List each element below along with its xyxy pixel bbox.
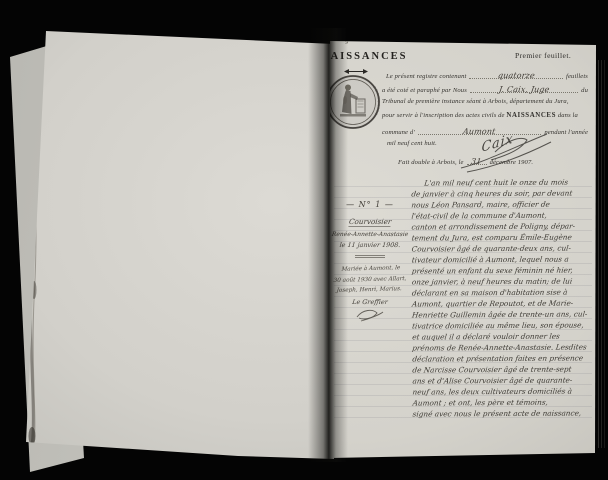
page-stack-edge: [604, 60, 605, 448]
printed-text: Fait double à Arbois, le: [398, 159, 464, 166]
margin-surname: Courvoisier: [348, 217, 391, 227]
marriage-mention-line3: Joseph, Henri, Marius.: [325, 284, 414, 297]
preamble-line-2: a été coté et paraphé par Nous J. Caix, …: [382, 84, 588, 94]
margin-given-names: Renée-Annette-Anastasie: [326, 231, 415, 238]
act-line: signé avec nous le présent acte de naiss…: [412, 407, 595, 419]
preamble-line-3: Tribunal de première instance séant à Ar…: [382, 98, 569, 105]
clerk-signature-flourish: [353, 307, 387, 323]
preamble-line-6: mil neuf cent huit.: [387, 140, 437, 147]
republique-francaise-stamp: FRANÇAISE: [324, 73, 382, 131]
margin-divider: [355, 255, 385, 259]
printed-text: a été coté et paraphé par Nous: [382, 87, 467, 94]
pencil-mark: 9: [345, 40, 349, 46]
margin-date: le 11 janvier 1908.: [326, 241, 415, 249]
printed-text: du: [581, 87, 588, 94]
preamble-line-4: pour servir à l'inscription des actes ci…: [382, 112, 578, 119]
birth-act-text: L'an mil neuf cent huit le onze du mois …: [411, 176, 594, 419]
printed-text: feuillets: [566, 73, 588, 80]
printed-text: pour servir à l'inscription des actes ci…: [382, 112, 505, 119]
folio-label: Premier feuillet.: [515, 51, 571, 60]
printed-text: mil neuf cent huit.: [387, 140, 437, 147]
clerk-label: Le Greffier: [325, 298, 414, 306]
act-number: — N° 1 —: [326, 200, 414, 209]
page-stack-edge: [601, 60, 602, 448]
fill-line: quatorze: [469, 70, 563, 79]
printed-text: Le présent registre contenant: [386, 73, 466, 80]
fill-line: J. Caix, Juge: [470, 84, 578, 93]
page-title: NAISSANCES: [321, 51, 408, 62]
margin-annotations: — N° 1 — Courvoisier Renée-Annette-Anast…: [326, 200, 414, 327]
handwritten-fill: quatorze: [497, 72, 535, 79]
preamble-line-1: Le présent registre contenant quatorze f…: [386, 70, 588, 80]
judge-signature: Caix: [455, 126, 555, 174]
printed-text: Tribunal de première instance séant à Ar…: [382, 98, 569, 105]
page-stack-edge: [598, 60, 599, 448]
handwritten-fill: J. Caix, Juge: [498, 86, 549, 93]
printed-text: commune d': [382, 129, 415, 136]
printed-text: dans la: [558, 112, 578, 119]
printed-bold-text: NAISSANCES: [506, 112, 556, 119]
